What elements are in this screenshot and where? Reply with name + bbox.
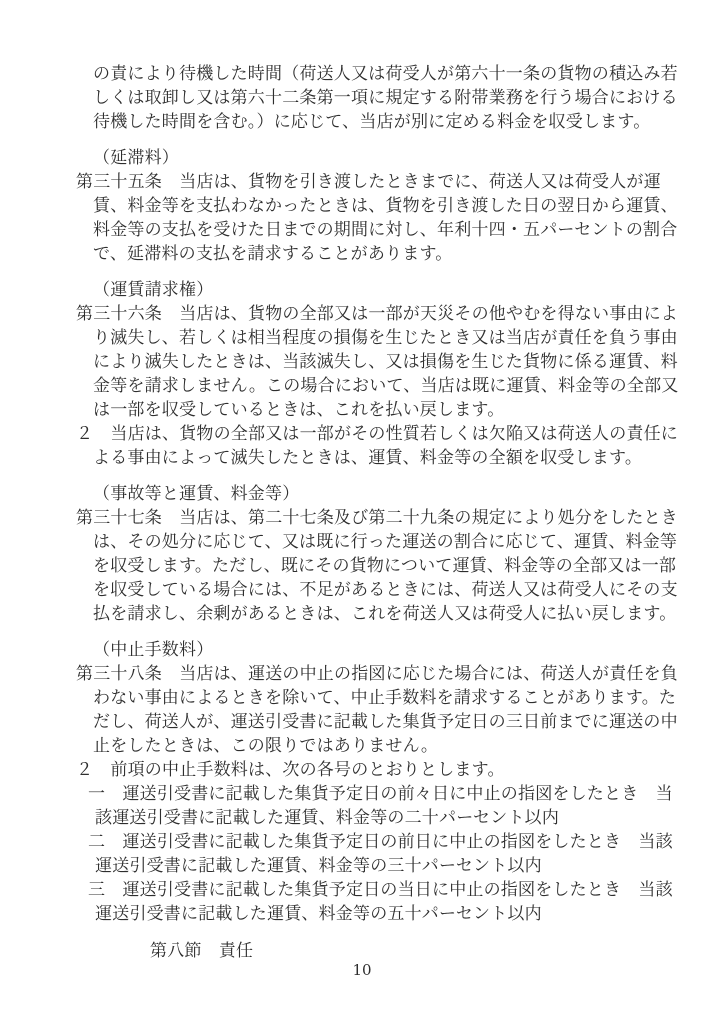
article-38-body-line: だし、荷送人が、運送引受書に記載した集貨予定日の三日前までに運送の中 <box>76 710 660 734</box>
article-35-body-line: 賃、料金等を支払わなかったときは、貨物を引き渡した日の翌日から運賃、 <box>76 194 660 218</box>
article-38-body-line: わない事由によるときを除いて、中止手数料を請求することがあります。た <box>76 686 660 710</box>
caption-accident-charges: （事故等と運賃、料金等） <box>76 482 660 506</box>
article-35-heading-line: 第三十五条 当店は、貨物を引き渡したときまでに、荷送人又は荷受人が運 <box>76 170 660 194</box>
article-36-heading-line: 第三十六条 当店は、貨物の全部又は一部が天災その他やむを得ない事由によ <box>76 302 660 326</box>
article-37-body-line: 払を請求し、余剰があるときは、これを荷送人又は荷受人に払い戻します。 <box>76 602 660 626</box>
item-3-line: 三 運送引受書に記載した集貨予定日の当日に中止の指図をしたとき 当該 <box>76 878 660 902</box>
article-36-body-line: により滅失したときは、当該滅失し、又は損傷を生じた貨物に係る運賃、料 <box>76 350 660 374</box>
article-37-body-line: は、その処分に応じて、又は既に行った運送の割合に応じて、運賃、料金等 <box>76 530 660 554</box>
article-37-body-line: を収受します。ただし、既にその貨物について運賃、料金等の全部又は一部 <box>76 554 660 578</box>
page-number: 10 <box>0 960 724 980</box>
document-body: の責により待機した時間（荷送人又は荷受人が第六十一条の貨物の積込み若 しくは取卸… <box>76 62 660 963</box>
article-36-body-line: り滅失し、若しくは相当程度の損傷を生じたとき又は当店が責任を負う事由 <box>76 326 660 350</box>
article-38-paragraph-2-line: ２ 前項の中止手数料は、次の各号のとおりとします。 <box>76 758 660 782</box>
caption-cancellation-fee: （中止手数料） <box>76 638 660 662</box>
article-38-body-line: 止をしたときは、この限りではありません。 <box>76 734 660 758</box>
article-35-body-line: 料金等の支払を受けた日までの期間に対し、年利十四・五パーセントの割合 <box>76 218 660 242</box>
item-1-continuation-line: 該運送引受書に記載した運賃、料金等の二十パーセント以内 <box>76 806 660 830</box>
article-36-paragraph-2-line: よる事由によって滅失したときは、運賃、料金等の全額を収受します。 <box>76 446 660 470</box>
article-37-body-line: を収受している場合には、不足があるときには、荷送人又は荷受人にその支 <box>76 578 660 602</box>
body-line-carryover: 待機した時間を含む。）に応じて、当店が別に定める料金を収受します。 <box>76 110 660 134</box>
article-36-body-line: は一部を収受しているときは、これを払い戻します。 <box>76 398 660 422</box>
item-1-line: 一 運送引受書に記載した集貨予定日の前々日に中止の指図をしたとき 当 <box>76 782 660 806</box>
caption-freight-claim: （運賃請求権） <box>76 278 660 302</box>
article-36-paragraph-2-line: ２ 当店は、貨物の全部又は一部がその性質若しくは欠陥又は荷送人の責任に <box>76 422 660 446</box>
item-3-continuation-line: 運送引受書に記載した運賃、料金等の五十パーセント以内 <box>76 902 660 926</box>
body-line-carryover: しくは取卸し又は第六十二条第一項に規定する附帯業務を行う場合における <box>76 86 660 110</box>
item-2-line: 二 運送引受書に記載した集貨予定日の前日に中止の指図をしたとき 当該 <box>76 830 660 854</box>
article-38-heading-line: 第三十八条 当店は、運送の中止の指図に応じた場合には、荷送人が責任を負 <box>76 662 660 686</box>
caption-delay-charge: （延滞料） <box>76 146 660 170</box>
body-line-carryover: の責により待機した時間（荷送人又は荷受人が第六十一条の貨物の積込み若 <box>76 62 660 86</box>
article-37-heading-line: 第三十七条 当店は、第二十七条及び第二十九条の規定により処分をしたとき <box>76 506 660 530</box>
article-35-body-line: で、延滞料の支払を請求することがあります。 <box>76 242 660 266</box>
article-36-body-line: 金等を請求しません。この場合において、当店は既に運賃、料金等の全部又 <box>76 374 660 398</box>
document-page: の責により待機した時間（荷送人又は荷受人が第六十一条の貨物の積込み若 しくは取卸… <box>0 0 724 1024</box>
item-2-continuation-line: 運送引受書に記載した運賃、料金等の三十パーセント以内 <box>76 854 660 878</box>
